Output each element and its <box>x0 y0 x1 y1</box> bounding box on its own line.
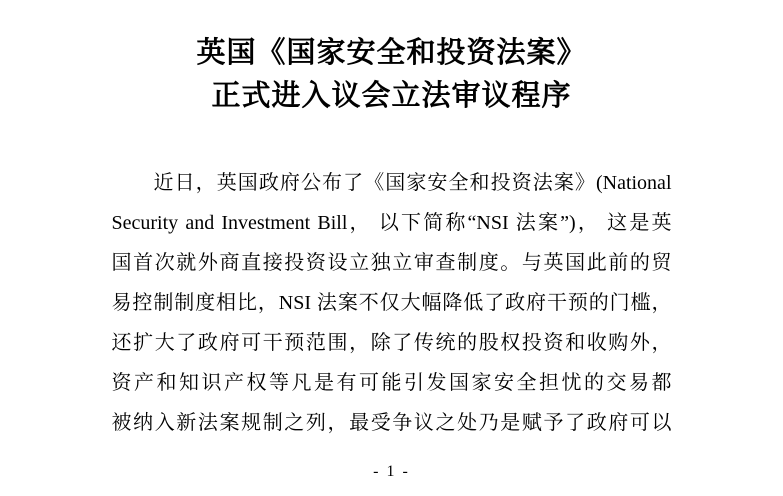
document-title: 英国《国家安全和投资法案》 正式进入议会立法审议程序 <box>0 19 783 118</box>
title-line-1: 英国《国家安全和投资法案》 <box>0 32 783 75</box>
paragraph-line: 被纳入新法案规制之列，最受争议之处乃是赋予了政府可以 <box>112 403 672 443</box>
title-line-2: 正式进入议会立法审议程序 <box>0 75 783 118</box>
paragraph-line: 近日，英国政府公布了《国家安全和投资法案》(National <box>112 163 672 203</box>
document-page: 英国《国家安全和投资法案》 正式进入议会立法审议程序 近日，英国政府公布了《国家… <box>0 0 783 496</box>
paragraph-line: 资产和知识产权等凡是有可能引发国家安全担忧的交易都 <box>112 363 672 403</box>
paragraph-line: 还扩大了政府可干预范围，除了传统的股权投资和收购外， <box>112 323 672 363</box>
paragraph-line: Security and Investment Bill， 以下简称“NSI 法… <box>112 203 672 243</box>
paragraph-line: 国首次就外商直接投资设立独立审查制度。与英国此前的贸 <box>112 243 672 283</box>
page-number: - 1 - <box>0 462 783 482</box>
paragraph-line: 易控制制度相比，NSI 法案不仅大幅降低了政府干预的门槛， <box>112 283 672 323</box>
body-paragraph: 近日，英国政府公布了《国家安全和投资法案》(National Security … <box>112 163 672 443</box>
